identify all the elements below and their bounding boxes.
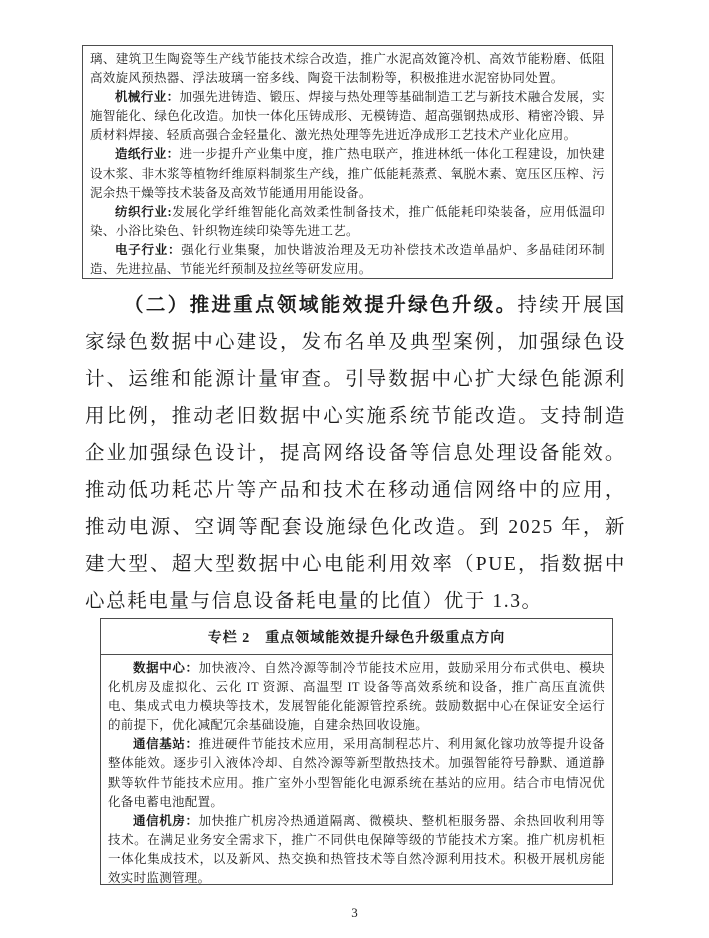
column-box-continuation: 璃、建筑卫生陶瓷等生产线节能技术综合改造，推广水泥高效篦冷机、高效节能粉磨、低阻…	[82, 45, 613, 279]
paragraph-text: 璃、建筑卫生陶瓷等生产线节能技术综合改造，推广水泥高效篦冷机、高效节能粉磨、低阻…	[90, 52, 605, 85]
topic-label: 通信基站：	[133, 737, 199, 751]
column-box-body: 数据中心：加快液冷、自然冷源等制冷节能技术应用，鼓励采用分布式供电、模块化机房及…	[101, 655, 612, 885]
topic-label: 数据中心：	[133, 661, 199, 675]
main-section: （二）推进重点领域能效提升绿色升级。持续开展国家绿色数据中心建设，发布名单及典型…	[85, 287, 626, 620]
section-heading: （二）推进重点领域能效提升绿色升级。	[124, 295, 517, 316]
industry-paragraph-paper: 造纸行业：进一步提升产业集中度，推广热电联产，推进林纸一体化工程建设，加快建设木…	[90, 145, 605, 202]
document-page: 璃、建筑卫生陶瓷等生产线节能技术综合改造，推广水泥高效篦冷机、高效节能粉磨、低阻…	[0, 0, 709, 938]
industry-paragraph-electronics: 电子行业：强化行业集聚，加快谐波治理及无功补偿技术改造单晶炉、多晶硅闭环制造、先…	[90, 241, 605, 279]
industry-label: 机械行业：	[115, 90, 179, 104]
industry-label: 造纸行业：	[115, 147, 179, 161]
column-box-2: 专栏 2 重点领域能效提升绿色升级重点方向 数据中心：加快液冷、自然冷源等制冷节…	[100, 618, 613, 885]
topic-paragraph-telecom-room: 通信机房：加快推广机房冷热通道隔离、微模块、整机柜服务器、余热回收利用等技术。在…	[108, 812, 605, 885]
industry-paragraph-textile: 纺织行业:发展化学纤维智能化高效柔性制备技术，推广低能耗印染装备，应用低温印染、…	[90, 203, 605, 241]
topic-label: 通信机房：	[133, 814, 199, 828]
page-number: 3	[0, 905, 709, 921]
topic-paragraph-base-station: 通信基站：推进硬件节能技术应用，采用高制程芯片、利用氮化镓功放等提升设备整体能效…	[108, 735, 605, 811]
industry-label: 纺织行业:	[115, 205, 172, 219]
industry-paragraph-machinery: 机械行业：加强先进铸造、锻压、焊接与热处理等基础制造工艺与新技术融合发展，实施智…	[90, 88, 605, 145]
main-paragraph: （二）推进重点领域能效提升绿色升级。持续开展国家绿色数据中心建设，发布名单及典型…	[85, 287, 626, 620]
column-box-title: 专栏 2 重点领域能效提升绿色升级重点方向	[101, 619, 612, 655]
topic-paragraph-data-center: 数据中心：加快液冷、自然冷源等制冷节能技术应用，鼓励采用分布式供电、模块化机房及…	[108, 659, 605, 735]
section-body-text: 持续开展国家绿色数据中心建设，发布名单及典型案例，加强绿色设计、运维和能源计量审…	[85, 295, 626, 612]
industry-paragraph-continuation: 璃、建筑卫生陶瓷等生产线节能技术综合改造，推广水泥高效篦冷机、高效节能粉磨、低阻…	[90, 50, 605, 88]
industry-label: 电子行业：	[115, 243, 181, 257]
